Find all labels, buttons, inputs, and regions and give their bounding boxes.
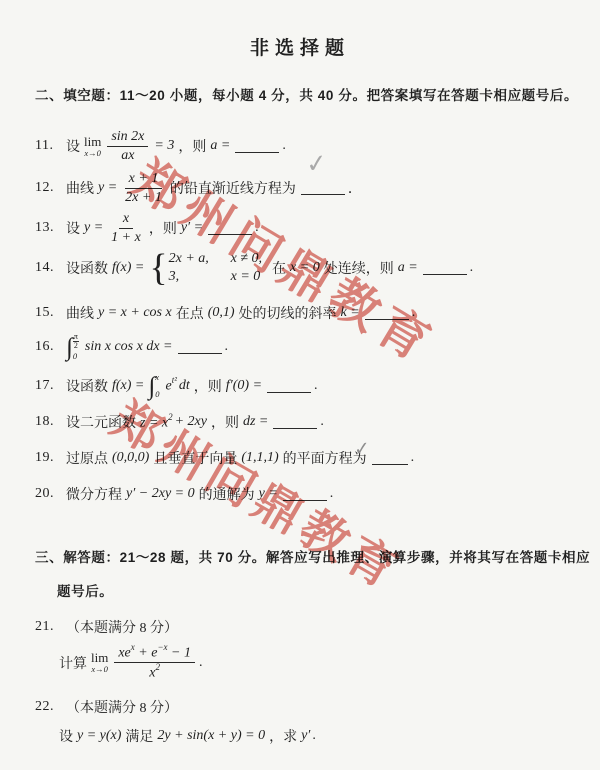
question-21-heading: 21. （本题满分 8 分） [35,617,180,637]
integrand: et² [165,376,176,395]
question-number: 20. [35,486,64,502]
question-21-body: 计算 lim x→0 xex + e−x − 1 x2 . [57,643,202,682]
question-text: 过原点 [66,448,108,468]
limit-subscript: x→0 [91,665,108,674]
question-text: 曲线 [66,303,94,323]
score-note: （本题满分 8 分） [66,697,178,717]
point: (0,1) [208,305,235,321]
question-22-heading: 22. （本题满分 8 分） [35,697,180,717]
question-11: 11. 设 lim x→0 sin 2x ax = 3 ，则 a = . [35,128,286,164]
variable: dz = [243,414,268,430]
fraction: x + 1 2x + 1 [123,170,164,206]
answer-blank [283,487,327,501]
piecewise-row: 2x + a, x ≠ 0, [169,250,262,268]
exponent: t² [172,375,177,385]
question-16: 16. ∫ π 2 0 sin x cos x dx = . [35,333,228,360]
question-number: 11. [35,138,64,154]
question-14: 14. 设函数 f(x) = { 2x + a, x ≠ 0, 3, x = 0… [35,250,473,286]
period: . [255,220,259,236]
period: . [320,414,324,430]
question-text: 的通解为 [199,484,255,504]
variable: f′(0) = [226,378,262,394]
fraction-numerator: sin 2x [107,128,148,147]
page-title: 非选择题 [0,33,600,60]
piecewise-cases: 2x + a, x ≠ 0, 3, x = 0 [169,250,262,286]
equation-text: = 3 [154,138,174,154]
question-text: 设 [66,218,80,238]
question-number: 18. [35,414,64,430]
variable: y′ = [181,220,203,236]
integral-sign: ∫ [66,335,73,360]
question-text: ，则 [211,412,239,432]
case-condition: x = 0 [231,268,261,286]
question-text: ，则 [194,376,222,396]
question-text: ，求 [269,726,297,746]
question-text: 设函数 [66,258,108,278]
question-13: 13. 设 y = x 1 + x ，则 y′ = . [35,210,259,246]
vector: (1,1,1) [241,450,278,466]
answer-blank [178,340,222,354]
variable: y = [98,180,117,196]
variable: a = [398,260,418,276]
question-text: 设二元函数 [66,412,136,432]
variable: x = 0 [290,260,320,276]
question-15: 15. 曲线 y = x + cos x 在点 (0,1) 处的切线的斜率 k … [35,303,415,323]
question-number: 22. [35,699,64,715]
question-text: 的铅直渐近线方程为 [170,178,296,198]
integral-sign: ∫ [148,374,155,399]
fraction: x 1 + x [109,210,143,246]
fraction-numerator: x + 1 [125,170,163,189]
question-text: 在 [272,258,286,278]
period: . [470,260,474,276]
exam-page: 非选择题 二、填空题：11～20 小题，每小题 4 分，共 40 分。把答案填写… [0,0,600,770]
question-number: 21. [35,619,64,635]
lower-limit: 0 [155,389,159,399]
limit-label: lim [84,135,101,148]
question-text: ，则 [178,136,206,156]
period: ． [348,178,362,198]
integrand: sin x cos x dx = [85,339,173,355]
variable: a = [210,138,230,154]
period: . [412,305,416,321]
question-number: 16. [35,339,64,355]
variable: f(x) = [112,378,144,394]
formula: y = y(x) [77,728,121,744]
period: . [411,450,415,466]
upper-limit: π 2 [73,333,79,351]
integral-limits: π 2 0 [73,333,79,360]
fraction-denominator: ax [119,147,136,165]
variable: y = [84,220,103,236]
fraction: sin 2x ax [107,128,148,164]
answer-blank [301,181,345,195]
question-text: 且垂直于向量 [153,448,237,468]
question-text: 设 [59,726,73,746]
point: (0,0,0) [112,450,149,466]
question-17: 17. 设函数 f(x) = ∫ x 0 et² dt ，则 f′(0) = . [35,372,318,399]
question-text: 设 [66,136,80,156]
question-text: 曲线 [66,178,94,198]
answer-blank [267,379,311,393]
question-text: 在点 [176,303,204,323]
limit-operator: lim x→0 [84,135,101,158]
variable: y = [259,486,278,502]
upper-limit-denominator: 2 [74,342,78,350]
question-number: 17. [35,378,64,394]
question-22-body: 设 y = y(x) 满足 2y + sin(x + y) = 0 ，求 y′ … [57,726,316,746]
formula: z = x2 [140,413,173,432]
fraction-denominator: 2x + 1 [123,189,164,207]
question-text: ，则 [149,218,177,238]
lower-limit: 0 [73,351,79,361]
case-value: 2x + a, [169,250,231,268]
section-fill-header: 二、填空题：11～20 小题，每小题 4 分，共 40 分。把答案填写在答题卡相… [35,84,578,104]
period: . [312,728,316,744]
question-number: 13. [35,220,64,236]
question-text: 设函数 [66,376,108,396]
fraction-denominator: 1 + x [109,229,143,247]
answer-blank [372,451,408,465]
question-number: 12. [35,180,64,196]
fraction: xex + e−x − 1 x2 [114,643,195,682]
period: . [282,138,286,154]
question-number: 19. [35,450,64,466]
question-text: 处的切线的斜率 [239,303,337,323]
question-18: 18. 设二元函数 z = x2 + 2xy ，则 dz = . [35,412,324,432]
limit-subscript: x→0 [84,149,101,158]
pencil-checkmark: ✓ [305,148,329,179]
answer-blank [365,306,409,320]
question-20: 20. 微分方程 y′ − 2xy = 0 的通解为 y = . [35,484,333,504]
score-note: （本题满分 8 分） [66,617,178,637]
answer-blank [423,261,467,275]
period: . [199,655,203,671]
variable: y′ [301,728,310,744]
period: . [330,486,334,502]
fraction-numerator: x [119,210,133,229]
answer-blank [208,221,252,235]
question-number: 15. [35,305,64,321]
formula: + 2xy [175,414,207,430]
question-text: 微分方程 [66,484,122,504]
exponent: −x [157,642,167,652]
question-text: 处连续，则 [324,258,394,278]
pencil-checkmark: ✓ [353,437,370,460]
case-condition: x ≠ 0, [231,250,262,268]
fraction-numerator: xex + e−x − 1 [114,643,195,663]
question-number: 14. [35,260,64,276]
variable: k = [341,305,360,321]
integral-limits: x 0 [155,372,159,399]
case-value: 3, [169,268,231,286]
formula: y′ − 2xy = 0 [126,486,195,502]
limit-operator: lim x→0 [91,651,108,674]
piecewise-row: 3, x = 0 [169,268,262,286]
answer-blank [235,139,279,153]
exponent: 2 [168,412,173,422]
answer-blank [273,415,317,429]
formula: y = x + cos x [98,305,172,321]
section-solve-header-line2: 题号后。 [57,580,113,600]
period: . [314,378,318,394]
upper-limit: x [155,372,159,382]
question-text: 满足 [125,726,153,746]
differential: dt [179,378,190,394]
limit-label: lim [91,651,108,664]
piecewise-brace: { [149,251,167,285]
section-solve-header-line1: 三、解答题：21～28 题，共 70 分。解答应写出推理、演算步骤，并将其写在答… [35,546,590,566]
formula: 2y + sin(x + y) = 0 [157,728,265,744]
exponent: x [131,642,135,652]
fraction-denominator: x2 [147,663,162,682]
exponent: 2 [156,662,161,672]
period: . [225,339,229,355]
question-text: 计算 [59,653,87,673]
variable: f(x) = [112,260,144,276]
